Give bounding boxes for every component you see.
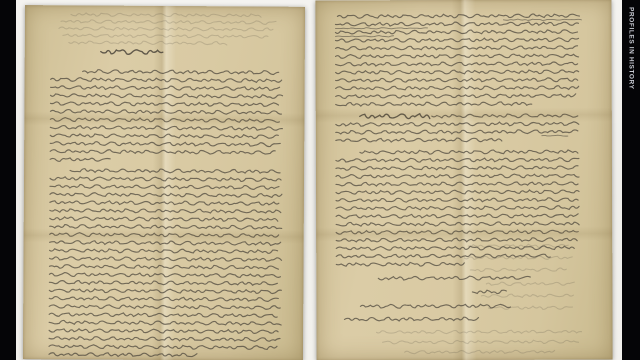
letter-page-1 (23, 5, 305, 360)
letter-photograph: PROFILES IN HISTORY (0, 0, 640, 360)
left-black-bar (0, 0, 16, 360)
letter-page-2 (315, 0, 612, 360)
right-black-bar: PROFILES IN HISTORY (622, 0, 640, 360)
page-2-handwriting (315, 0, 612, 360)
page-1-handwriting (23, 5, 305, 360)
image-credit: PROFILES IN HISTORY (628, 7, 635, 90)
